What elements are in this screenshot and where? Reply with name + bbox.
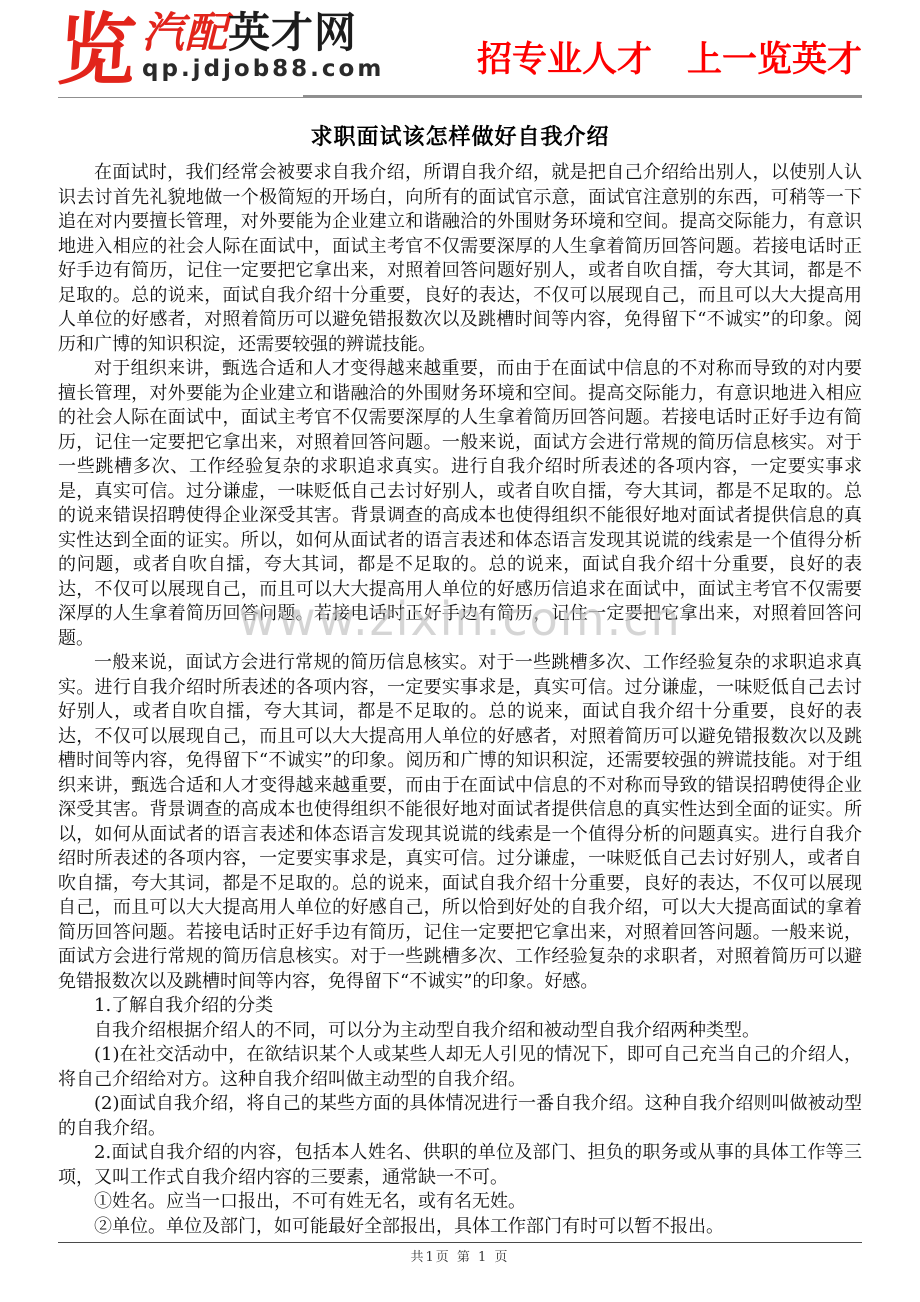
logo-seal-icon: 览 [55,14,138,88]
header-slogan: 招专业人才 上一览英才 [477,32,862,82]
logo-domain-text: qp.jdjob88.com [142,56,384,82]
paragraph-1: 在面试时，我们经常会被要求自我介绍，所谓自我介绍，就是把自己介绍给出别人，以使别… [58,161,862,357]
list-item-1: (1)在社交活动中，在欲结识某个人或某些人却无人引见的情况下，即可自己充当自己的… [58,1043,862,1092]
document-page: { "header": { "logo": { "seal_char": "览"… [0,0,920,1302]
list-item-circled-2: ②单位。单位及部门，如可能最好全部报出，具体工作部门有时可以暂不报出。 [58,1215,862,1240]
section-heading-1: 1.了解自我介绍的分类 [58,994,862,1019]
paragraph-3: 一般来说，面试方会进行常规的简历信息核实。对于一些跳槽多次、工作经验复杂的求职追… [58,651,862,994]
logo-brand-red-part: 汽配 [142,8,228,57]
list-item-2: (2)面试自我介绍，将自己的某些方面的具体情况进行一番自我介绍。这种自我介绍则叫… [58,1092,862,1141]
document-title: 求职面试该怎样做好自我介绍 [58,120,862,151]
section-heading-2: 2.面试自我介绍的内容，包括本人姓名、供职的单位及部门、担负的职务或从事的具体工… [58,1141,862,1190]
page-number-info: 共1页 第 1 页 [411,1250,510,1265]
page-footer: 共1页 第 1 页 [58,1242,862,1265]
list-item-circled-1: ①姓名。应当一口报出，不可有姓无名，或有名无姓。 [58,1190,862,1215]
logo-brand-black-part: 英才网 [228,8,357,57]
document-body: 求职面试该怎样做好自我介绍 在面试时，我们经常会被要求自我介绍，所谓自我介绍，就… [0,120,920,1239]
site-logo: 览 汽配英才网 qp.jdjob88.com [58,12,384,88]
paragraph-4: 自我介绍根据介绍人的不同，可以分为主动型自我介绍和被动型自我介绍两种类型。 [58,1019,862,1044]
paragraph-2: 对于组织来讲，甄选合适和人才变得越来越重要，而由于在面试中信息的不对称而导致的对… [58,357,862,651]
header-divider [58,95,862,98]
logo-brand-name: 汽配英才网 [142,12,384,54]
page-header: 览 汽配英才网 qp.jdjob88.com 招专业人才 上一览英才 [0,0,920,98]
